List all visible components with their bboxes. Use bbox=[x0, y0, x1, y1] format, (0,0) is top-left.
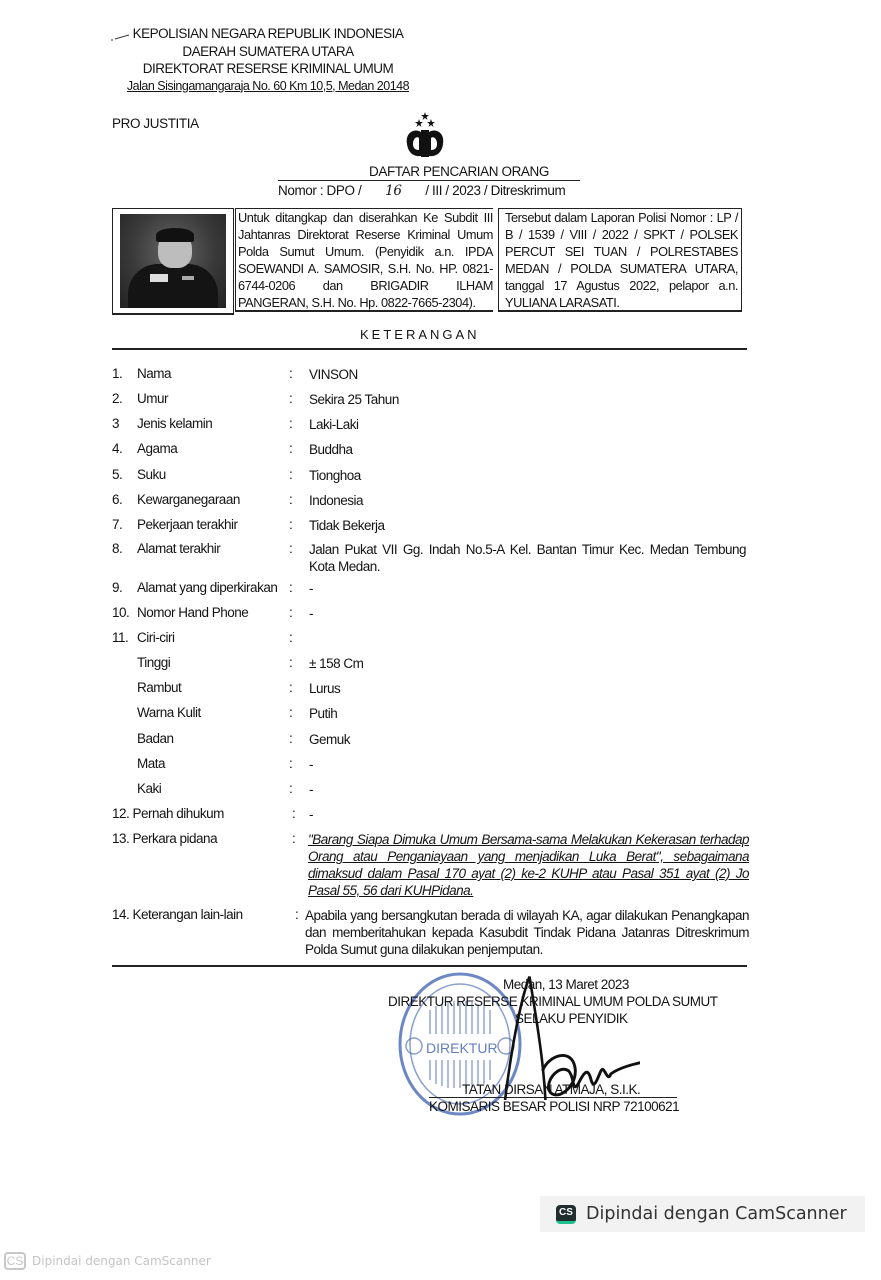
field-value: - bbox=[309, 806, 746, 823]
camscanner-footer-icon: CS bbox=[4, 1252, 26, 1270]
field-value: Jalan Pukat VII Gg. Indah No.5-A Kel. Ba… bbox=[309, 541, 746, 575]
camscanner-text: Dipindai dengan CamScanner bbox=[586, 1204, 847, 1224]
instruction-box: Untuk ditangkap dan diserahkan Ke Subdit… bbox=[235, 208, 493, 312]
camscanner-icon: CS bbox=[556, 1205, 576, 1224]
pro-justitia-label: PRO JUSTITIA bbox=[112, 116, 199, 131]
field-value: Buddha bbox=[309, 441, 746, 458]
section-heading: KETERANGAN bbox=[360, 327, 480, 342]
suspect-photo bbox=[120, 214, 226, 308]
camscanner-badge: CS Dipindai dengan CamScanner bbox=[540, 1196, 865, 1232]
letterhead: KEPOLISIAN NEGARA REPUBLIK INDONESIA DAE… bbox=[118, 25, 418, 95]
criminal-case-value: "Barang Siapa Dimuka Umum Bersama-sama M… bbox=[308, 831, 749, 899]
field-value: Apabila yang bersangkutan berada di wila… bbox=[305, 907, 749, 958]
letterhead-address: Jalan Sisingamangaraja No. 60 Km 10,5, M… bbox=[118, 78, 418, 96]
instruction-text: Untuk ditangkap dan diserahkan Ke Subdit… bbox=[238, 209, 493, 311]
field-value: Tidak Bekerja bbox=[309, 517, 746, 534]
document-number-prefix: Nomor : DPO / bbox=[278, 183, 361, 198]
police-emblem-icon bbox=[403, 110, 447, 160]
signer-rank: KOMISARIS BESAR POLISI NRP 72100621 bbox=[429, 1099, 679, 1114]
letterhead-line-1: KEPOLISIAN NEGARA REPUBLIK INDONESIA bbox=[118, 25, 418, 43]
police-report-box: Tersebut dalam Laporan Polisi Nomor : LP… bbox=[498, 208, 742, 312]
field-value: Tionghoa bbox=[309, 467, 746, 484]
handwritten-signature-icon bbox=[380, 970, 640, 1100]
field-value: VINSON bbox=[309, 366, 746, 383]
document-number-handwritten: 16 bbox=[361, 183, 425, 199]
letterhead-line-3: DIREKTORAT RESERSE KRIMINAL UMUM bbox=[118, 60, 418, 78]
camscanner-footer: CS Dipindai dengan CamScanner bbox=[4, 1252, 211, 1270]
field-value: Laki-Laki bbox=[309, 416, 746, 433]
document-number-suffix: / III / 2023 / Ditreskrimum bbox=[425, 183, 565, 198]
field-value: Sekira 25 Tahun bbox=[309, 391, 746, 408]
field-value: - bbox=[309, 580, 746, 597]
document-title: DAFTAR PENCARIAN ORANG bbox=[278, 164, 580, 181]
police-report-text: Tersebut dalam Laporan Polisi Nomor : LP… bbox=[505, 209, 738, 311]
divider-top bbox=[112, 348, 747, 350]
suspect-photo-frame bbox=[112, 208, 234, 315]
divider-bottom bbox=[112, 965, 747, 967]
suspect-info-row: Untuk ditangkap dan diserahkan Ke Subdit… bbox=[112, 208, 742, 314]
document-number: Nomor : DPO /16/ III / 2023 / Ditreskrim… bbox=[278, 183, 580, 199]
document-title-block: DAFTAR PENCARIAN ORANG Nomor : DPO /16/ … bbox=[278, 164, 580, 199]
camscanner-footer-text: Dipindai dengan CamScanner bbox=[32, 1254, 211, 1268]
letterhead-line-2: DAERAH SUMATERA UTARA bbox=[118, 43, 418, 61]
field-value: Indonesia bbox=[309, 492, 746, 509]
field-value: - bbox=[309, 605, 746, 622]
